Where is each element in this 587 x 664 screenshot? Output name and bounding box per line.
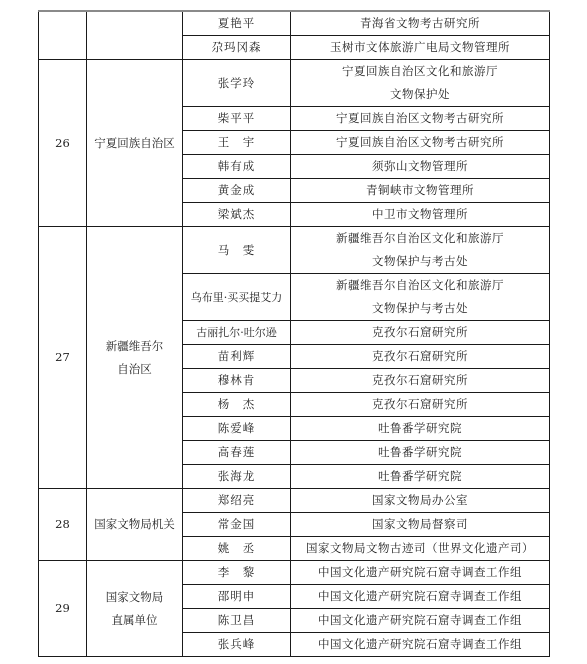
organization-line: 宁夏回族自治区文化和旅游厅: [293, 60, 547, 83]
person-name: 常金国: [183, 513, 291, 537]
person-name: 乌布里·买买提艾力: [183, 274, 291, 321]
person-name: 苗利辉: [183, 345, 291, 369]
person-name: 李 黎: [183, 561, 291, 585]
table-row: 夏艳平 青海省文物考古研究所: [39, 11, 550, 36]
region-cell: 新疆维吾尔 自治区: [87, 227, 183, 489]
person-name: 郑绍亮: [183, 489, 291, 513]
group-number-cell: 27: [39, 227, 87, 489]
person-name: 高春莲: [183, 441, 291, 465]
group-number-cell: 29: [39, 561, 87, 657]
organization-line: 文物保护与考古处: [293, 250, 547, 273]
person-name: 韩有成: [183, 155, 291, 179]
organization: 玉树市文体旅游广电局文物管理所: [291, 36, 550, 60]
group-number-cell: [39, 11, 87, 60]
region-name: 宁夏回族自治区: [89, 132, 180, 155]
group-number-cell: 26: [39, 60, 87, 227]
organization: 中卫市文物管理所: [291, 203, 550, 227]
personnel-table: 夏艳平 青海省文物考古研究所 尕玛冈森 玉树市文体旅游广电局文物管理所 26 宁…: [38, 10, 550, 657]
organization: 国家文物局办公室: [291, 489, 550, 513]
organization: 吐鲁番学研究院: [291, 465, 550, 489]
organization: 中国文化遗产研究院石窟寺调查工作组: [291, 561, 550, 585]
region-cell: 国家文物局机关: [87, 489, 183, 561]
organization: 宁夏回族自治区文物考古研究所: [291, 131, 550, 155]
organization-line: 新疆维吾尔自治区文化和旅游厅: [293, 227, 547, 250]
person-name: 陈爱峰: [183, 417, 291, 441]
organization: 新疆维吾尔自治区文化和旅游厅 文物保护与考古处: [291, 274, 550, 321]
group-number-cell: 28: [39, 489, 87, 561]
organization: 克孜尔石窟研究所: [291, 321, 550, 345]
table-row: 29 国家文物局 直属单位 李 黎 中国文化遗产研究院石窟寺调查工作组: [39, 561, 550, 585]
organization: 吐鲁番学研究院: [291, 441, 550, 465]
region-cell: 宁夏回族自治区: [87, 60, 183, 227]
person-name: 张兵峰: [183, 633, 291, 657]
person-name: 古丽扎尔·吐尔逊: [183, 321, 291, 345]
person-name: 尕玛冈森: [183, 36, 291, 60]
person-name: 梁斌杰: [183, 203, 291, 227]
region-name: 直属单位: [89, 609, 180, 632]
region-name: 自治区: [89, 358, 180, 381]
person-name: 陈卫昌: [183, 609, 291, 633]
person-name: 穆林肯: [183, 369, 291, 393]
organization: 中国文化遗产研究院石窟寺调查工作组: [291, 633, 550, 657]
organization: 国家文物局督察司: [291, 513, 550, 537]
region-cell: 国家文物局 直属单位: [87, 561, 183, 657]
table-row: 26 宁夏回族自治区 张学玲 宁夏回族自治区文化和旅游厅 文物保护处: [39, 60, 550, 107]
organization: 青海省文物考古研究所: [291, 11, 550, 36]
table-row: 28 国家文物局机关 郑绍亮 国家文物局办公室: [39, 489, 550, 513]
table-row: 27 新疆维吾尔 自治区 马 雯 新疆维吾尔自治区文化和旅游厅 文物保护与考古处: [39, 227, 550, 274]
organization: 宁夏回族自治区文化和旅游厅 文物保护处: [291, 60, 550, 107]
organization: 须弥山文物管理所: [291, 155, 550, 179]
region-name: 国家文物局机关: [89, 513, 180, 536]
person-name: 张海龙: [183, 465, 291, 489]
person-name: 杨 杰: [183, 393, 291, 417]
person-name: 姚 丞: [183, 537, 291, 561]
organization: 国家文物局文物古迹司（世界文化遗产司）: [291, 537, 550, 561]
person-name: 柴平平: [183, 107, 291, 131]
organization: 吐鲁番学研究院: [291, 417, 550, 441]
organization: 中国文化遗产研究院石窟寺调查工作组: [291, 585, 550, 609]
organization: 新疆维吾尔自治区文化和旅游厅 文物保护与考古处: [291, 227, 550, 274]
organization-line: 文物保护与考古处: [293, 297, 547, 320]
organization: 青铜峡市文物管理所: [291, 179, 550, 203]
organization: 克孜尔石窟研究所: [291, 393, 550, 417]
organization: 克孜尔石窟研究所: [291, 369, 550, 393]
person-name: 王 宇: [183, 131, 291, 155]
person-name: 邵明申: [183, 585, 291, 609]
organization: 克孜尔石窟研究所: [291, 345, 550, 369]
region-name: 国家文物局: [89, 586, 180, 609]
personnel-table-body: 夏艳平 青海省文物考古研究所 尕玛冈森 玉树市文体旅游广电局文物管理所 26 宁…: [39, 11, 550, 657]
region-cell: [87, 11, 183, 60]
organization-line: 文物保护处: [293, 83, 547, 106]
person-name: 黄金成: [183, 179, 291, 203]
organization: 宁夏回族自治区文物考古研究所: [291, 107, 550, 131]
organization-line: 新疆维吾尔自治区文化和旅游厅: [293, 274, 547, 297]
person-name: 张学玲: [183, 60, 291, 107]
person-name: 夏艳平: [183, 11, 291, 36]
organization: 中国文化遗产研究院石窟寺调查工作组: [291, 609, 550, 633]
person-name: 马 雯: [183, 227, 291, 274]
region-name: 新疆维吾尔: [89, 335, 180, 358]
